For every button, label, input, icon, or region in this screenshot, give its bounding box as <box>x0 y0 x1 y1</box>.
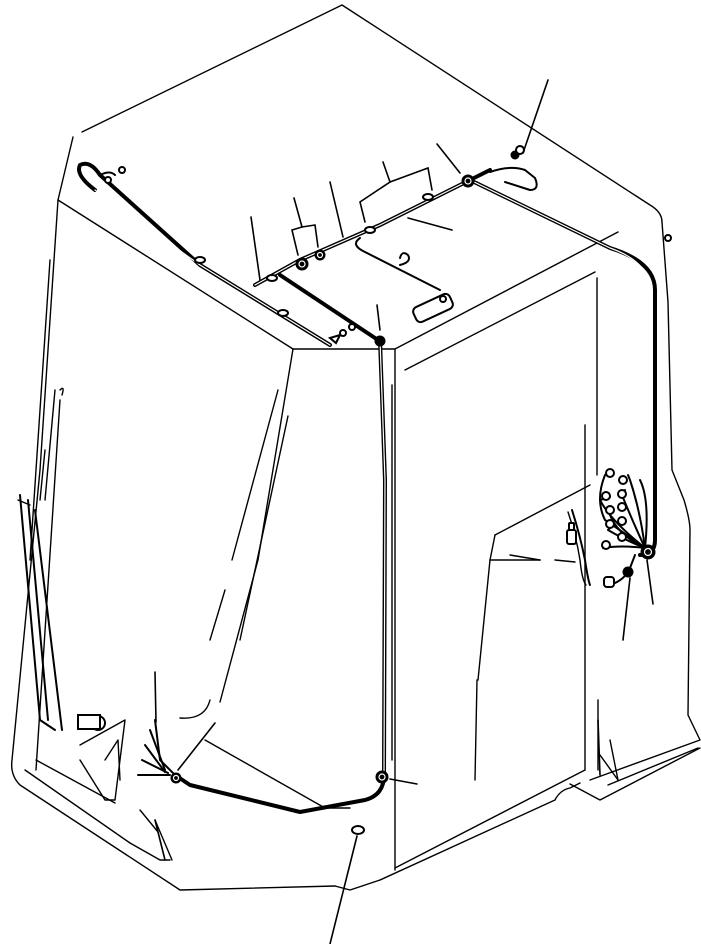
cab-wiring-diagram <box>0 0 701 944</box>
wiper-assembly <box>18 388 125 800</box>
callout-leader-8 <box>377 305 380 330</box>
rear-connector-cluster <box>567 469 655 587</box>
callout-leader-11 <box>390 779 417 784</box>
front-window-frame <box>140 349 350 860</box>
callout-leader-9 <box>155 672 156 722</box>
wiper-connector-bundle <box>138 720 181 783</box>
dome-lamp <box>411 292 454 323</box>
callout-leader-5 <box>330 182 343 237</box>
callout-leader-12 <box>330 836 357 944</box>
callout-leader-13 <box>623 578 630 640</box>
callout-leader-6 <box>292 198 302 255</box>
callout-leader-10 <box>178 723 215 770</box>
callout-leader-1 <box>523 80 548 153</box>
callout-leader-7 <box>251 217 260 280</box>
callout-leader-3 <box>360 162 390 222</box>
callout-leaders[interactable] <box>155 80 653 944</box>
front-window-inner <box>36 400 115 803</box>
rear-right-harness <box>470 168 655 555</box>
callout-leader-4 <box>408 218 452 230</box>
callout-leader-2 <box>437 144 460 173</box>
cab-roof-outline <box>58 5 662 760</box>
callout-leader-14 <box>647 560 653 604</box>
